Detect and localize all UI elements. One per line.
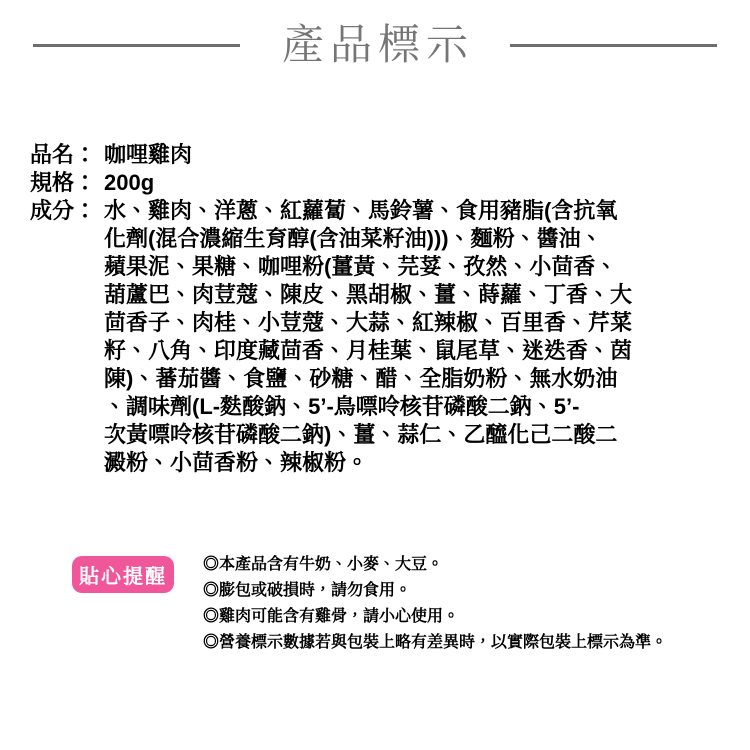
reminder-note-chicken-bones: ◎雞肉可能含有雞骨，請小心使用。 <box>203 604 667 630</box>
reminder-note-allergens: ◎本產品含有牛奶、小麥、大豆。 <box>203 552 667 578</box>
field-spec: 規格： 200g <box>30 169 725 197</box>
page-title: 產品標示 <box>282 24 474 66</box>
spec-label: 規格： <box>30 169 104 197</box>
product-label-page: 產品標示 品名： 咖哩雞肉 規格： 200g 成分： 水、雞肉、洋蔥、紅蘿蔔、馬… <box>0 0 750 750</box>
field-product-name: 品名： 咖哩雞肉 <box>30 141 725 169</box>
product-info: 品名： 咖哩雞肉 規格： 200g 成分： 水、雞肉、洋蔥、紅蘿蔔、馬鈴薯、食用… <box>30 141 725 477</box>
reminder-note-nutrition-disclaimer: ◎營養標示數據若與包裝上略有差異時，以實際包裝上標示為準。 <box>203 630 667 656</box>
left-divider-line <box>33 44 240 47</box>
field-ingredients: 成分： 水、雞肉、洋蔥、紅蘿蔔、馬鈴薯、食用豬脂(含抗氧 化劑(混合濃縮生育醇(… <box>30 197 725 477</box>
spec-value: 200g <box>104 169 725 197</box>
product-name-label: 品名： <box>30 141 104 169</box>
product-name-value: 咖哩雞肉 <box>104 141 725 169</box>
reminder-section: 貼心提醒 ◎本產品含有牛奶、小麥、大豆。 ◎膨包或破損時，請勿食用。 ◎雞肉可能… <box>72 551 667 656</box>
ingredients-value: 水、雞肉、洋蔥、紅蘿蔔、馬鈴薯、食用豬脂(含抗氧 化劑(混合濃縮生育醇(含油菜籽… <box>104 197 725 477</box>
reminder-notes: ◎本產品含有牛奶、小麥、大豆。 ◎膨包或破損時，請勿食用。 ◎雞肉可能含有雞骨，… <box>203 551 667 656</box>
reminder-note-damaged-package: ◎膨包或破損時，請勿食用。 <box>203 578 667 604</box>
ingredients-label: 成分： <box>30 197 104 225</box>
reminder-badge: 貼心提醒 <box>72 556 174 593</box>
page-header: 產品標示 <box>0 16 750 74</box>
right-divider-line <box>510 44 717 47</box>
